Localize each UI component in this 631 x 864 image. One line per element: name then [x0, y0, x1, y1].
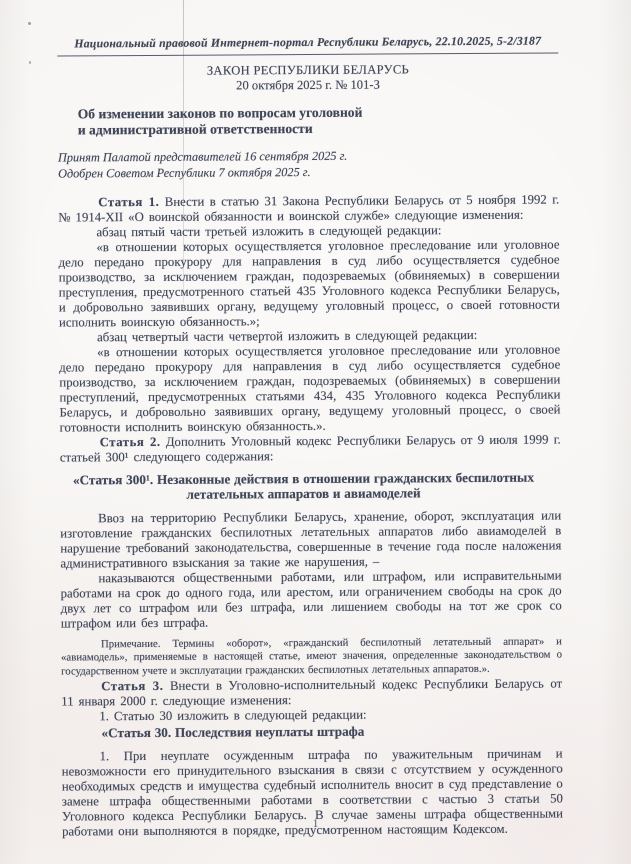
quoted-text: «в отношении которых осуществляется угол…: [58, 237, 560, 330]
article-lead: Статья 2.: [100, 434, 161, 448]
document-content: Национальный правовой Интернет-портал Ре…: [57, 0, 563, 840]
page-number: 1: [0, 816, 631, 831]
article-lead: Статья 3.: [101, 679, 163, 693]
scanned-document-page: Национальный правовой Интернет-портал Ре…: [0, 0, 631, 864]
article-lead: Статья 1.: [98, 195, 159, 209]
article-3: Статья 3. Внести в Уголовно-исполнительн…: [61, 677, 562, 710]
article-body: Ввоз на территорию Республики Беларусь, …: [60, 508, 561, 571]
inserted-article-heading: «Статья 30. Последствия неуплаты штрафа: [61, 723, 562, 741]
document-title: Об изменении законов по вопросам уголовн…: [78, 103, 559, 137]
clause: 1. Статью 30 изложить в следующей редакц…: [61, 707, 562, 725]
inserted-article-heading: «Статья 300¹. Незаконные действия в отно…: [60, 469, 547, 502]
document-date-number-line: 20 октября 2025 г. № 101-З: [57, 76, 558, 94]
article-1: Статья 1. Внести в статью 31 Закона Респ…: [58, 192, 559, 225]
scan-speck-artifact: [29, 61, 31, 64]
paragraphs: Статья 1. Внести в статью 31 Закона Респ…: [58, 192, 563, 840]
quoted-text: «в отношении которых осуществляется угол…: [59, 342, 561, 435]
portal-header-line: Национальный правовой Интернет-портал Ре…: [57, 33, 558, 56]
article-body: наказываются общественными работами, или…: [60, 568, 561, 631]
scan-speck-artifact: [28, 22, 31, 25]
article-2: Статья 2. Дополнить Уголовный кодекс Рес…: [60, 432, 561, 465]
note: Примечание. Термины «оборот», «гражданск…: [61, 635, 562, 679]
approved-line: Одобрен Советом Республики 7 октября 202…: [58, 163, 559, 182]
adoption-block: Принят Палатой представителей 16 сентябр…: [58, 147, 559, 182]
